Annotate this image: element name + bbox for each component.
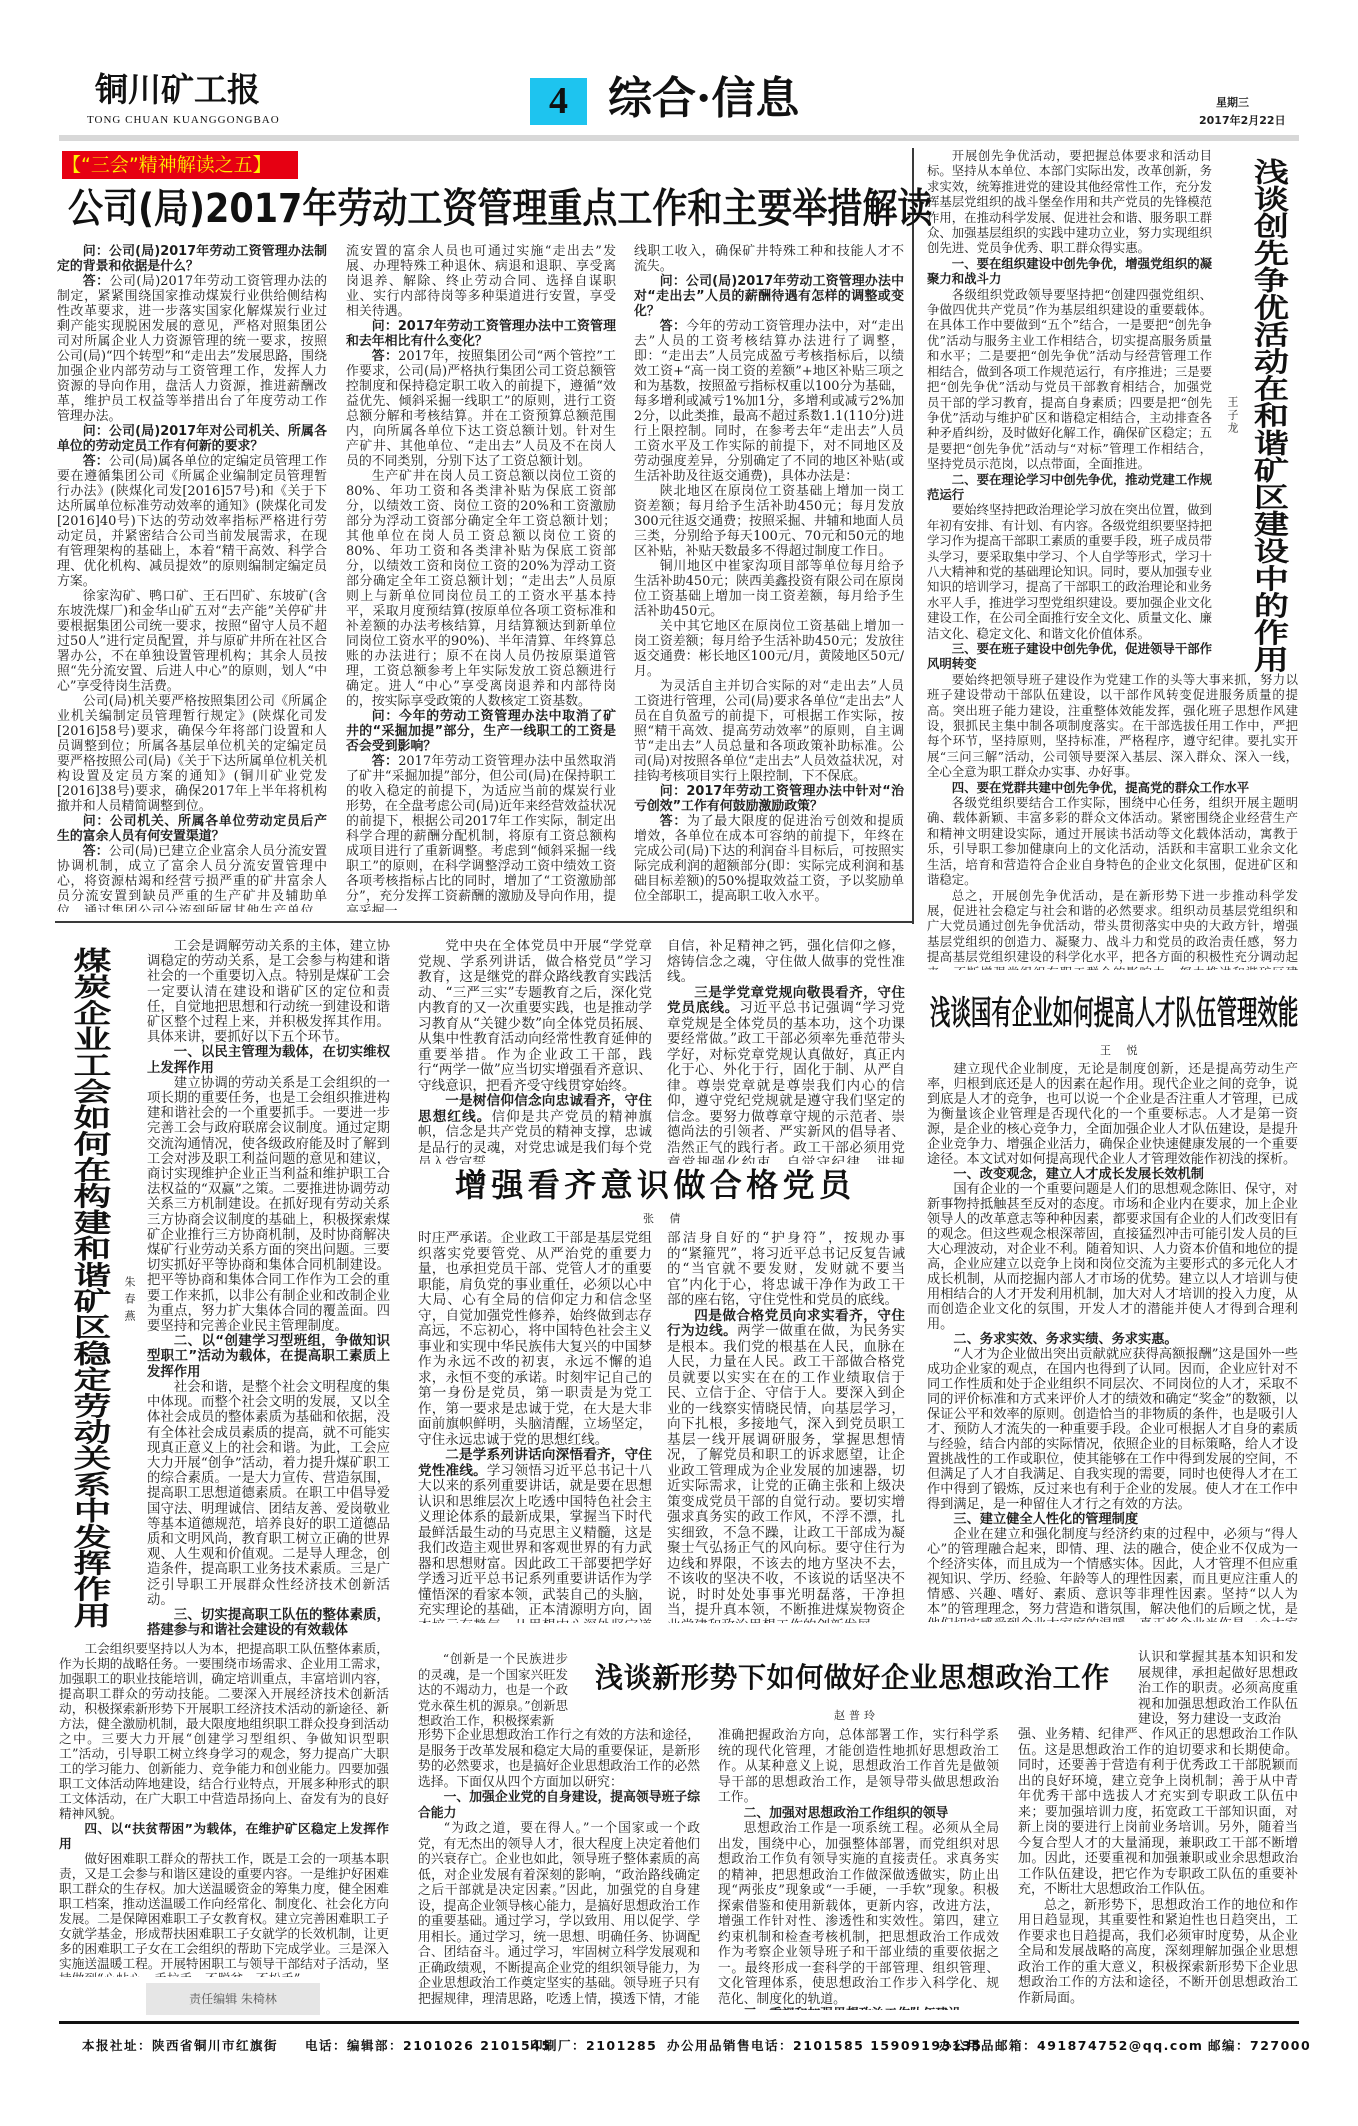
answer-text: 公司(局)属各单位的定编定员管理工作要在遵循集团公司《所属企业编制定员管理暂行办…: [57, 454, 327, 589]
title-float-spacer: [1212, 148, 1298, 664]
section-title: 综合·信息: [608, 72, 799, 126]
lead-box-bottom-border: [55, 921, 914, 923]
answer: 答：2017年劳动工资管理办法中虽然取消了矿井“采掘加提”部分，但公司(局)在保…: [346, 754, 616, 912]
paragraph-continued: 部洁身自好的“护身符”，按规办事的“紧箍咒”，将习近平总书记反复告诫的“当官就不…: [667, 1231, 905, 1309]
paragraph: 思想政治工作是一项系统工程。必须从全局出发，围绕中心，加强整体部署，而党组织对思…: [718, 1821, 999, 2007]
ideology-article-col2: 准确把握政治方向，总体部署工作，实行科学系统的现代化管理，才能创造性地抓好思想政…: [718, 1728, 999, 2010]
paragraph: “为政之道，要在得人。”一个国家或一个政党，有无杰出的领导人才，很大程度上决定着…: [418, 1821, 700, 2007]
footer-phone: 电话：编辑部：2101026 2101545: [305, 2036, 552, 2054]
ideology-article-author: 赵普玲: [834, 1707, 879, 1723]
paragraph: 陕北地区在原岗位工资基础上增加一岗工资差额；每月给予生活补助450元；每月发放3…: [634, 484, 904, 559]
subheading: 二、务求实效、务求实绩、务求实惠。: [927, 1332, 1298, 1347]
union-article-title: 煤炭企业工会如何在构建和谐矿区稳定劳动关系中发挥作用: [70, 947, 108, 1628]
lead-paragraph: 一是树信仰信念向忠诚看齐，守住思想红线。信仰是共产党员的精神旗帜，信念是共产党员…: [418, 1094, 652, 1164]
lead-paragraph: 四是做合格党员向求实看齐，守住行为边线。两学一做重在做，为民务实是根本。我们党的…: [667, 1309, 905, 1624]
answer-text: 今年的劳动工资管理办法中，对“走出去”人员的工资考核结算办法进行了调整，即：“走…: [634, 319, 904, 484]
page-number-badge: 4: [530, 78, 587, 125]
question: 问：公司机关、所属各单位劳动定员后产生的富余人员有何安置渠道？: [57, 814, 327, 844]
paragraph-continued: 强、业务精、纪律严、作风正的思想政治工作队伍。这是思想政治工作的迫切要求和长期使…: [1018, 1727, 1298, 1898]
paragraph: 铜川地区中崔家沟项目部等单位每月给予生活补助450元；陕西美鑫投资有限公司在原岗…: [634, 559, 904, 619]
party-article-col1-top: 党中央在全体党员中开展“学党章党规、学系列讲话，做合格党员”学习教育，这是继党的…: [418, 939, 652, 1164]
subheading: 一、改变观念，建立人才成长发展长效机制: [927, 1167, 1298, 1182]
paragraph-continued: 流安置的富余人员也可通过实施“走出去”发展、办理特殊工种退休、病退和退职、享受离…: [346, 244, 616, 319]
ideology-article-headline: 浅谈新形势下如何做好企业思想政治工作: [595, 1660, 1110, 1696]
paragraph-text: 两学一做重在做，为民务实是根本。我们党的根基在人民，血脉在人民，力量在人民。政工…: [667, 1323, 905, 1623]
subheading: 一、加强企业党的自身建设，提高领导班子综合能力: [418, 1790, 700, 1821]
newspaper-page: 铜川矿工报 TONG CHUAN KUANGGONGBAO 4 综合·信息 星期…: [0, 0, 1358, 2126]
lead-kicker: 【“三会”精神解读之五】: [62, 151, 298, 179]
lead-paragraph: 三是学党章党规向敬畏看齐，守住党员底线。习近平总书记强调“学习党章党规是全体党员…: [667, 986, 905, 1165]
paragraph: 工会组织要坚持以人为本，把提高职工队伍整体素质，作为长期的战略任务。一要围绕市场…: [59, 1641, 389, 1821]
union-article-wide-block: 工会组织要坚持以人为本，把提高职工队伍整体素质，作为长期的战略任务。一要围绕市场…: [59, 1641, 389, 1977]
subheading: 一、以民主管理为载体，在切实维权上发挥作用: [147, 1045, 390, 1075]
subheading: 三、建立健全人性化的管理制度: [927, 1512, 1298, 1527]
paragraph: “人才为企业做出突出贡献就应获得高额报酬”这是国外一些成功企业家的观点，在国内也…: [927, 1347, 1298, 1512]
paragraph-text: 学习领悟习近平总书记十八大以来的系列重要讲话，就是要在思想认识和思维层次上吃透中…: [418, 1463, 652, 1624]
party-article-col2-bottom: 部洁身自好的“护身符”，按规办事的“紧箍咒”，将习近平总书记反复告诫的“当官就不…: [667, 1231, 905, 1623]
footer-postcode: 邮编：727000: [1208, 2036, 1311, 2054]
paragraph: 各级党组织要结合工作实际，围绕中心任务，组织开展主题明确、载体新颖、丰富多彩的群…: [927, 795, 1298, 887]
footer-printing: 印刷厂：2101285: [530, 2036, 657, 2054]
paragraph: 生产矿井在岗人员工资总额以岗位工资的80%、年功工资和各类津补贴为保底工资部分，…: [346, 469, 616, 709]
union-article-narrow-column: 工会是调解劳动关系的主体，建立协调稳定的劳动关系，是工会参与构建和谐社会的一个重…: [147, 939, 390, 1641]
masthead-pinyin: TONG CHUAN KUANGGONGBAO: [87, 114, 280, 126]
masthead-logo: 铜川矿工报: [95, 70, 260, 110]
paragraph: 建立现代企业制度，无论是制度创新，还是提高劳动生产率，归根到底还是人的因素在起作…: [927, 1062, 1298, 1167]
paragraph-continued: 形势下企业思想政治工作行之有效的方法和途径，是服务于改革发展和稳定大局的重要保证…: [418, 1728, 700, 1790]
lead-paragraph: 二是学系列讲话向深悟看齐，守住党性准线。学习领悟习近平总书记十八大以来的系列重要…: [418, 1448, 652, 1623]
party-article-col1-bottom: 时庄严承诺。企业政工干部是基层党组织落实党要管党、从严治党的重要力量，也承担党员…: [418, 1231, 652, 1623]
answer: 答：2017年，按照集团公司“两个管控”工作要求，公司(局)严格执行集团公司工资…: [346, 349, 616, 469]
issue-date: 2017年2月22日: [1199, 112, 1286, 128]
answer: 答：公司(局)属各单位的定编定员管理工作要在遵循集团公司《所属企业编制定员管理暂…: [57, 454, 327, 589]
question: 问：公司(局)2017年对公司机关、所属各单位的劳动定员工作有何新的要求？: [57, 424, 327, 454]
paragraph: 社会和谐，是整个社会文明程度的集中体现。而整个社会文明的发展，又以全体社会成员的…: [147, 1380, 390, 1608]
answer-label: 答：: [83, 454, 109, 469]
answer-text: 2017年劳动工资管理办法中虽然取消了矿井“采掘加提”部分，但公司(局)在保持职…: [346, 754, 616, 912]
paragraph: 做好困难职工群众的帮扶工作，既是工会的一项基本职责，又是工会参与和谐区建设的重要…: [59, 1851, 389, 1977]
paragraph-continued: 准确把握政治方向，总体部署工作，实行科学系统的现代化管理，才能创造性地抓好思想政…: [718, 1728, 999, 1806]
footer-sales-phone: 办公用品销售电话：2101585 15909193135: [667, 2036, 982, 2054]
paragraph: 国有企业的一个重要问题是人们的思想观念陈旧、保守，对新事物持抵触甚至反对的态度。…: [927, 1182, 1298, 1332]
ideology-article-col1: 形势下企业思想政治工作行之有效的方法和途径，是服务于改革发展和稳定大局的重要保证…: [418, 1728, 700, 2010]
footer-rule: [59, 2021, 1299, 2024]
sidebar-article-body: 开展创先争优活动，要把握总体要求和活动目标。坚持从本单位、本部门实际出发，改革创…: [927, 148, 1298, 970]
lead-column-2: 流安置的富余人员也可通过实施“走出去”发展、办理特殊工种退休、病退和退职、享受离…: [346, 244, 616, 912]
paragraph-continued: 自信，补足精神之钙，强化信仰之修，熔铸信念之魂，守住做人做事的党性准线。: [667, 939, 905, 986]
answer-label: 答：: [372, 349, 398, 364]
union-article-author: 朱春燕: [121, 1276, 137, 1327]
paragraph-continued: 时庄严承诺。企业政工干部是基层党组织落实党要管党、从严治党的重要力量，也承担党员…: [418, 1231, 652, 1448]
lead-column-3: 线职工收入，确保矿井特殊工种和技能人才不流失。 问：公司(局)2017年劳动工资…: [634, 244, 904, 912]
footer-sales-email: 办公用品邮箱：491874752@qq.com: [939, 2036, 1203, 2054]
answer-text: 公司(局)2017年劳动工资管理办法的制定，紧紧围绕国家推动煤炭行业供给侧结构性…: [57, 274, 327, 424]
question: 问：公司(局)2017年劳动工资管理办法中对“走出去”人员的薪酬待遇有怎样的调整…: [634, 274, 904, 319]
talent-article-body: 建立现代企业制度，无论是制度创新，还是提高劳动生产率，归根到底还是人的因素在起作…: [927, 1062, 1298, 1622]
answer-label: 答：: [660, 814, 687, 829]
party-article-author: 张 倩: [643, 1210, 687, 1226]
subheading: 二、以“创建学习型班组，争做知识型职工”活动为载体，在提高职工素质上发挥作用: [147, 1334, 390, 1380]
subheading: 三、切实提高职工队伍的整体素质，搭建参与和谐社会建设的有效载体: [147, 1608, 390, 1638]
issue-weekday: 星期三: [1216, 94, 1249, 110]
question: 问：公司(局)2017年劳动工资管理办法制定的背景和依据是什么？: [57, 244, 327, 274]
paragraph-text: 习近平总书记强调“学习党章党规是全体党员的基本功，这个功课要经常做。”政工干部必…: [667, 1000, 905, 1164]
answer: 答：为了最大限度的促进治亏创效和提质增效，各单位在成本可容纳的前提下，年终在完成…: [634, 814, 904, 904]
answer: 答：公司(局)已建立企业富余人员分流安置协调机制，成立了富余人员分流安置管理中心…: [57, 844, 327, 912]
paragraph: 总之，新形势下，思想政治工作的地位和作用日趋显现，其重要性和紧迫性也日趋突出，工…: [1018, 1898, 1298, 2007]
answer-label: 答：: [83, 844, 109, 859]
answer-label: 答：: [372, 754, 398, 769]
subheading: 四、以“扶贫帮困”为载体，在维护矿区稳定上发挥作用: [59, 1821, 389, 1851]
ideology-article-col3: 强、业务精、纪律严、作风正的思想政治工作队伍。这是思想政治工作的迫切要求和长期使…: [1018, 1727, 1298, 2009]
paragraph: 建立协调的劳动关系是工会组织的一项长期的重要任务，也是工会组织推进构建和谐社会的…: [147, 1076, 390, 1334]
ideology-article-intro: “创新是一个民族进步的灵魂，是一个国家兴旺发达的不竭动力，也是一个政党永葆生机的…: [418, 1651, 568, 1731]
answer-label: 答：: [83, 274, 110, 289]
masthead-rule: [59, 135, 1299, 141]
lead-headline: 公司(局)2017年劳动工资管理重点工作和主要举措解读: [68, 184, 932, 235]
paragraph: 企业在建立和强化制度与经济约束的过程中，必须与“得人心”的管理融合起来，即情、理…: [927, 1527, 1298, 1622]
paragraph: 关中其它地区在原岗位工资基础上增加一岗工资差额；每月给予生活补助450元；发放往…: [634, 619, 904, 679]
question: 问：今年的劳动工资管理办法中取消了矿井的“采掘加提”部分，生产一线职工的工资是否…: [346, 709, 616, 754]
paragraph: 总之，开展创先争优活动，是在新形势下进一步推动科学发展，促进社会稳定与社会和谐的…: [927, 888, 1298, 971]
subheading: 二、加强对思想政治工作组织的领导: [718, 1806, 999, 1822]
lead-column-1: 问：公司(局)2017年劳动工资管理办法制定的背景和依据是什么？ 答：公司(局)…: [57, 244, 327, 912]
paragraph-continued: 线职工收入，确保矿井特殊工种和技能人才不流失。: [634, 244, 904, 274]
answer-text: 2017年，按照集团公司“两个管控”工作要求，公司(局)严格执行集团公司工资总额…: [346, 349, 616, 469]
paragraph: 要始终把领导班子建设作为党建工作的头等大事来抓，努力以班子建设带动干部队伍建设，…: [927, 672, 1298, 780]
talent-article-author: 王 悦: [1100, 1042, 1144, 1058]
paragraph: 为灵活自主并切合实际的对“走出去”人员工资进行管理，公司(局)要求各单位“走出去…: [634, 679, 904, 784]
talent-article-headline: 浅谈国有企业如何提高人才队伍管理效能: [930, 994, 1298, 1032]
paragraph-continued: 认识和掌握其基本知识和发展规律，承担起做好思想政治工作的职责。必须高度重视和加强…: [1138, 1650, 1298, 1728]
footer-address: 本报社址：陕西省铜川市红旗街: [82, 2036, 278, 2054]
ideology-article-top-right: 认识和掌握其基本知识和发展规律，承担起做好思想政治工作的职责。必须高度重视和加强…: [1138, 1650, 1298, 1730]
paragraph: “创新是一个民族进步的灵魂，是一个国家兴旺发达的不竭动力，也是一个政党永葆生机的…: [418, 1651, 568, 1729]
paragraph: 党中央在全体党员中开展“学党章党规、学系列讲话，做合格党员”学习教育，这是继党的…: [418, 939, 652, 1094]
lead-box-right-border: [912, 148, 914, 924]
question: 问：2017年劳动工资管理办法中工资管理和去年相比有什么变化？: [346, 319, 616, 349]
responsible-editor: 责任编辑 朱椅林: [146, 1983, 320, 2015]
answer: 答：今年的劳动工资管理办法中，对“走出去”人员的工资考核结算办法进行了调整，即：…: [634, 319, 904, 484]
subheading: 四、要在党群共建中创先争优，提高党的群众工作水平: [927, 780, 1298, 795]
paragraph: 工会是调解劳动关系的主体，建立协调稳定的劳动关系，是工会参与构建和谐社会的一个重…: [147, 939, 390, 1045]
paragraph: 公司(局)机关要严格按照集团公司《所属企业机关编制定员管理暂行规定》(陕煤化司发…: [57, 694, 327, 814]
answer: 答：公司(局)2017年劳动工资管理办法的制定，紧紧围绕国家推动煤炭行业供给侧结…: [57, 274, 327, 424]
subheading: 三、重视和加强思想政治工作队伍建设: [718, 2007, 999, 2010]
party-article-col2-top: 自信，补足精神之钙，强化信仰之修，熔铸信念之魂，守住做人做事的党性准线。 三是学…: [667, 939, 905, 1164]
answer-label: 答：: [660, 319, 686, 334]
question: 问：2017年劳动工资管理办法中针对“治亏创效”工作有何鼓励激励政策？: [634, 784, 904, 814]
party-article-headline: 增强看齐意识做合格党员: [455, 1166, 855, 1204]
paragraph: 徐家沟矿、鸭口矿、王石凹矿、东坡矿(含东坡洗煤厂)和金华山矿五对“去产能”关停矿…: [57, 589, 327, 694]
